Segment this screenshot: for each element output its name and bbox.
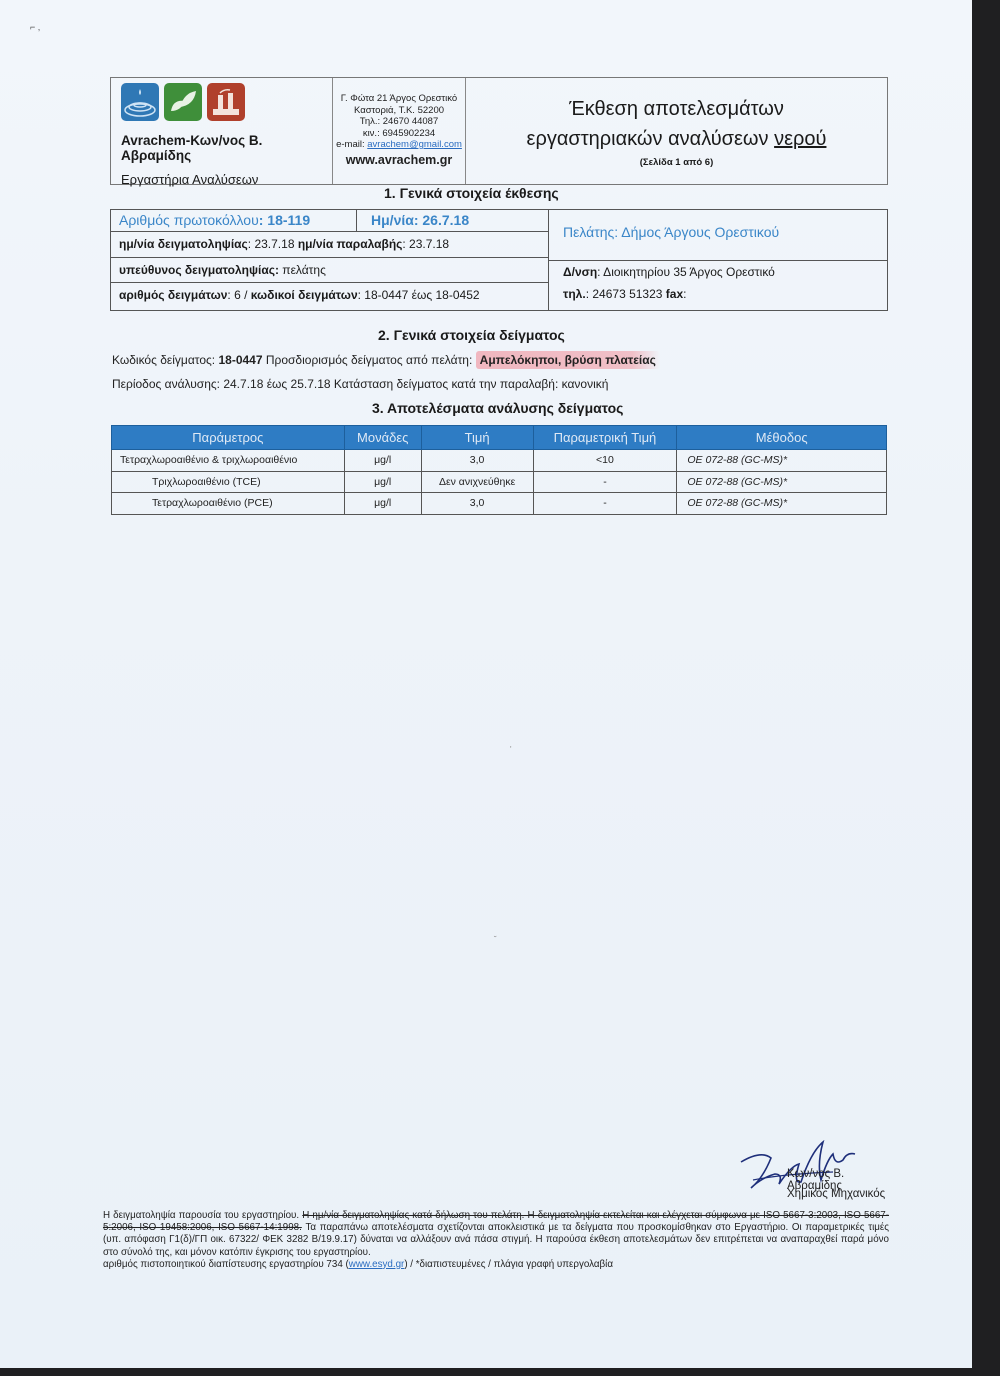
accreditation-prefix: αριθμός πιστοποιητικού διαπίστευσης εργα… (103, 1259, 349, 1270)
results-table: Παράμετρος Μονάδες Τιμή Παραμετρική Τιμή… (111, 425, 887, 515)
email-link[interactable]: avrachem@gmail.com (367, 139, 462, 150)
divider (549, 260, 887, 261)
report-title-line1: Έκθεση αποτελεσμάτων (466, 94, 887, 124)
report-header: Avrachem-Κων/νος Β. Αβραμίδης Εργαστήρια… (110, 77, 888, 185)
parametric-value-cell: <10 (533, 450, 677, 472)
units-cell: μg/l (344, 450, 421, 472)
report-title-block: Έκθεση αποτελεσμάτων εργαστηριακών αναλύ… (466, 78, 887, 184)
page-indicator: (Σελίδα 1 από 6) (466, 157, 887, 168)
value-cell: 3,0 (421, 493, 533, 515)
leaf-icon (164, 83, 202, 121)
address-label: Δ/νση (563, 265, 597, 279)
accreditation-suffix: ) / *διαπιστευμένες / πλάγια γραφή υπεργ… (404, 1259, 613, 1270)
sample-code-label: Κωδικός δείγματος: (112, 353, 218, 367)
phone-line: Τηλ.: 24670 44087 (333, 116, 465, 128)
email-label: e-mail: (336, 139, 367, 150)
esyd-link[interactable]: www.esyd.gr (349, 1259, 405, 1270)
sampling-date-label: ημ/νία δειγματοληψίας (119, 237, 248, 251)
section1-title: 1. Γενικά στοιχεία έκθεσης (384, 185, 559, 201)
units-cell: μg/l (344, 471, 421, 493)
parameter-cell: Τριχλωροαιθένιο (TCE) (112, 471, 345, 493)
client-phone: τηλ.: 24673 51323 fax: (563, 287, 686, 301)
receipt-date-label: ημ/νία παραλαβής (298, 237, 403, 251)
column-header-value: Τιμή (421, 426, 533, 450)
title-underlined-word: νερού (774, 128, 826, 150)
section2-title: 2. Γενικά στοιχεία δείγματος (378, 327, 565, 343)
company-subtitle: Εργαστήρια Αναλύσεων (121, 172, 332, 187)
sample-codes-label: κωδικοί δειγμάτων (251, 288, 358, 302)
analysis-period-line: Περίοδος ανάλυσης: 24.7.18 έως 25.7.18 Κ… (112, 377, 608, 391)
identification-value-highlighted: Αμπελόκηποι, βρύση πλατείας (476, 351, 660, 369)
protocol-number: Αριθμός πρωτοκόλλου: 18-119 (111, 210, 357, 231)
value-cell: Δεν ανιχνεύθηκε (421, 471, 533, 493)
column-header-method: Μέθοδος (677, 426, 887, 450)
report-info-box: Αριθμός πρωτοκόλλου: 18-119 Ημ/νία: 26.7… (110, 209, 888, 311)
scan-speck: ' (510, 745, 512, 754)
method-cell: OE 072-88 (GC-MS)* (677, 450, 887, 472)
factory-icon (207, 83, 245, 121)
value-cell: 3,0 (421, 450, 533, 472)
protocol-row: Αριθμός πρωτοκόλλου: 18-119 Ημ/νία: 26.7… (111, 210, 548, 232)
sample-identification-line: Κωδικός δείγματος: 18-0447 Προσδιορισμός… (112, 353, 660, 367)
parametric-value-cell: - (533, 493, 677, 515)
city-line: Καστοριά, Τ.Κ. 52200 (333, 105, 465, 117)
footer-notes: Η δειγματοληψία παρουσία του εργαστηρίου… (103, 1210, 889, 1271)
phone-label: τηλ. (563, 287, 586, 301)
email-line: e-mail: avrachem@gmail.com (333, 139, 465, 151)
address-value: : Διοικητηρίου 35 Άργος Ορεστικό (597, 265, 775, 279)
scan-speck: ˘ (494, 935, 497, 944)
water-drop-icon (121, 83, 159, 121)
address-line: Γ. Φώτα 21 Άργος Ορεστικό (333, 93, 465, 105)
dates-row: ημ/νία δειγματοληψίας: 23.7.18 ημ/νία πα… (111, 232, 548, 258)
client-address: Δ/νση: Διοικητηρίου 35 Άργος Ορεστικό (563, 265, 775, 279)
sampler-label: υπεύθυνος δειγματοληψίας: (119, 263, 279, 277)
section3-title: 3. Αποτελέσματα ανάλυσης δείγματος (372, 400, 623, 416)
sampling-date-value: : 23.7.18 (248, 237, 298, 251)
protocol-label: Αριθμός πρωτοκόλλου (119, 212, 259, 228)
protocol-value: : 18-119 (259, 212, 310, 228)
table-row: Τετραχλωροαιθένιο (PCE) μg/l 3,0 - OE 07… (112, 493, 887, 515)
fax-label: fax (666, 287, 683, 301)
parametric-value-cell: - (533, 471, 677, 493)
report-date: Ημ/νία: 26.7.18 (357, 210, 469, 228)
method-cell: OE 072-88 (GC-MS)* (677, 471, 887, 493)
company-contact-block: Γ. Φώτα 21 Άργος Ορεστικό Καστοριά, Τ.Κ.… (333, 78, 466, 184)
client-name: Πελάτης: Δήμος Άργους Ορεστικού (563, 224, 779, 240)
signatory-title: Χημικός Μηχανικός (787, 1188, 885, 1200)
sample-code-value: 18-0447 (218, 353, 262, 367)
table-header-row: Παράμετρος Μονάδες Τιμή Παραμετρική Τιμή… (112, 426, 887, 450)
table-row: Τριχλωροαιθένιο (TCE) μg/l Δεν ανιχνεύθη… (112, 471, 887, 493)
sample-codes-value: : 18-0447 έως 18-0452 (358, 288, 480, 302)
phone-value: : 24673 51323 (586, 287, 666, 301)
report-title-line2: εργαστηριακών αναλύσεων νερού (466, 124, 887, 154)
parameter-cell: Τετραχλωροαιθένιο (PCE) (112, 493, 345, 515)
method-cell: OE 072-88 (GC-MS)* (677, 493, 887, 515)
receipt-date-value: : 23.7.18 (402, 237, 449, 251)
sampler-row: υπεύθυνος δειγματοληψίας: πελάτης (111, 258, 548, 283)
parameter-cell: Τετραχλωροαιθένιο & τριχλωροαιθένιο (112, 450, 345, 472)
client-block: Πελάτης: Δήμος Άργους Ορεστικού Δ/νση: Δ… (549, 210, 887, 310)
signature-block: Κων/νος Β. Αβραμίδης Χημικός Μηχανικός (735, 1140, 895, 1210)
website-link[interactable]: www.avrachem.gr (333, 153, 465, 167)
samples-count-label: αριθμός δειγμάτων (119, 288, 227, 302)
mobile-line: κιν.: 6945902234 (333, 128, 465, 140)
column-header-parametric-value: Παραμετρική Τιμή (533, 426, 677, 450)
identification-label: Προσδιορισμός δείγματος από πελάτη: (263, 353, 476, 367)
title-prefix: εργαστηριακών αναλύσεων (527, 128, 775, 150)
scan-mark: ⌐ , (30, 22, 40, 32)
fax-value: : (683, 287, 686, 301)
column-header-parameter: Παράμετρος (112, 426, 345, 450)
samples-count-value: : 6 / (227, 288, 250, 302)
units-cell: μg/l (344, 493, 421, 515)
column-header-units: Μονάδες (344, 426, 421, 450)
footer-sampling-note: Η δειγματοληψία παρουσία του εργαστηρίου… (103, 1210, 302, 1221)
table-row: Τετραχλωροαιθένιο & τριχλωροαιθένιο μg/l… (112, 450, 887, 472)
sampler-value: πελάτης (279, 263, 326, 277)
company-name: Avrachem-Κων/νος Β. Αβραμίδης (121, 133, 332, 163)
scanned-page: ⌐ , Avrachem-Κων/νος Β. Αβραμίδης Εργαστ… (0, 0, 972, 1368)
samples-row: αριθμός δειγμάτων: 6 / κωδικοί δειγμάτων… (111, 283, 548, 310)
company-logo-block: Avrachem-Κων/νος Β. Αβραμίδης Εργαστήρια… (111, 78, 333, 184)
